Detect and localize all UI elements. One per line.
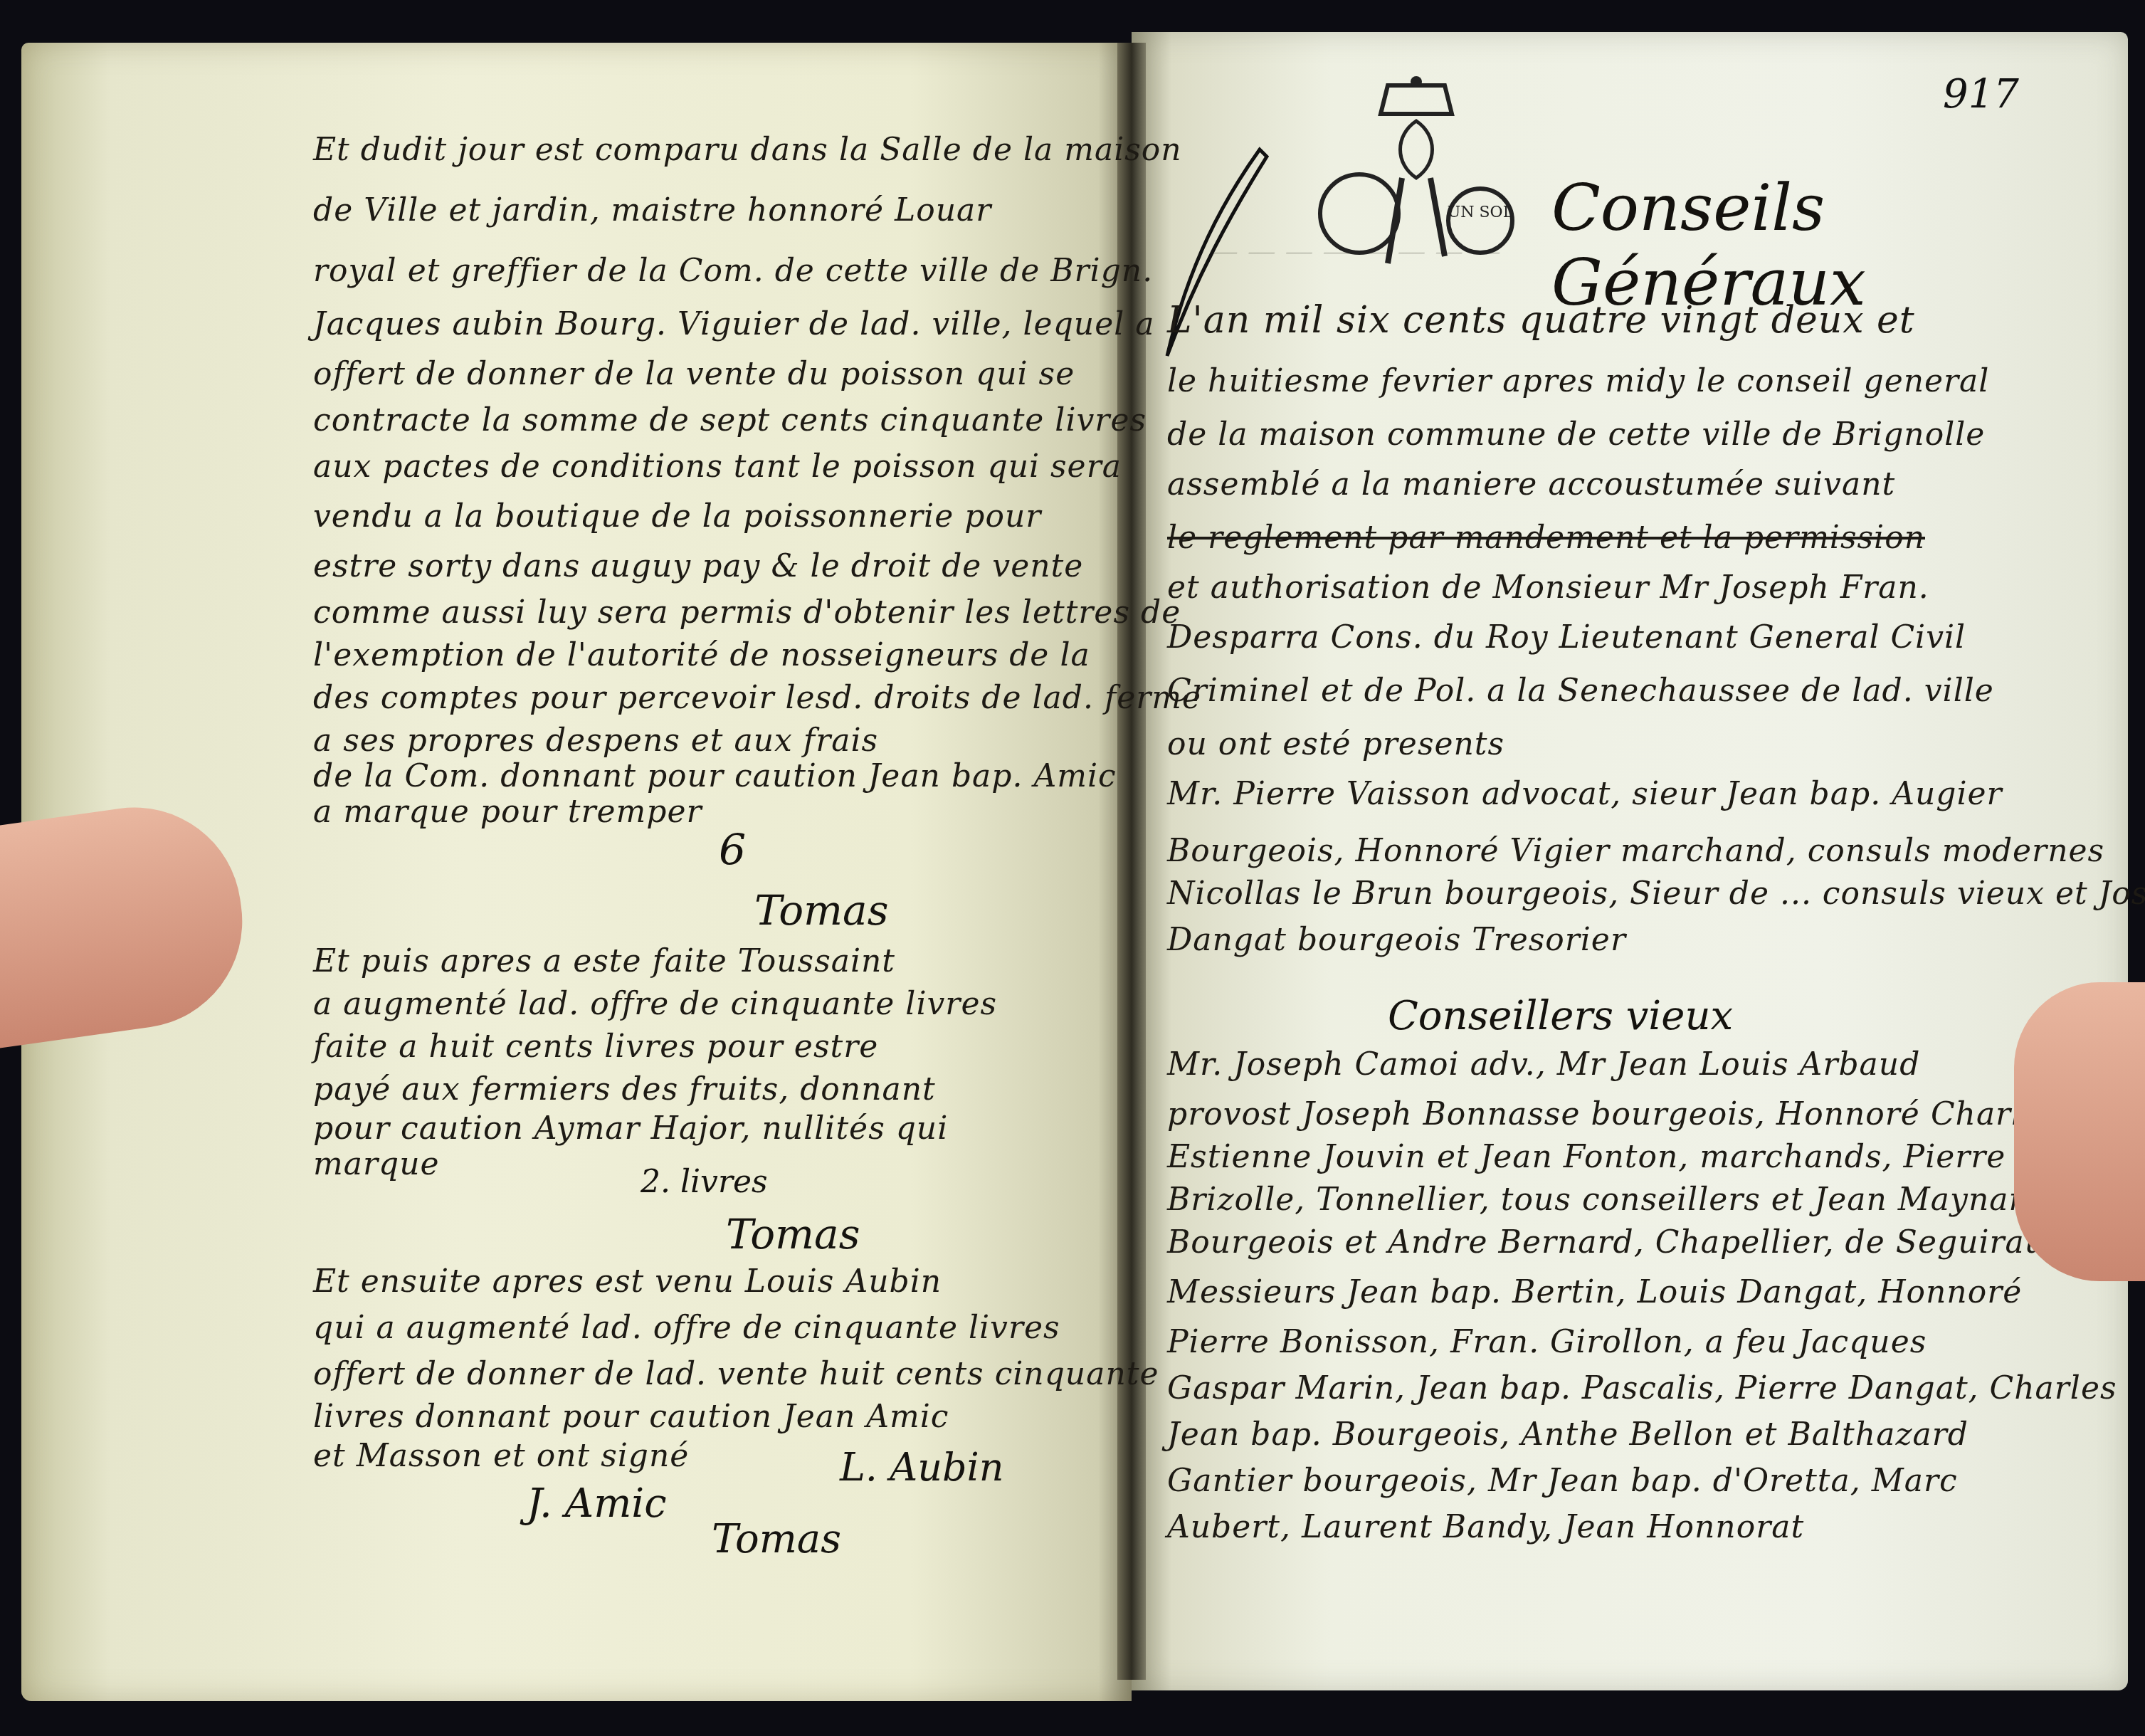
left-line: a marque pour tremper — [313, 794, 702, 830]
signature-tomas-1: Tomas — [754, 886, 888, 935]
councillor-line: Jean bap. Bourgeois, Anthe Bellon et Bal… — [1167, 1416, 1969, 1453]
left-line: faite a huit cents livres pour estre — [313, 1029, 878, 1065]
left-line: offert de donner de la vente du poisson … — [313, 356, 1075, 392]
left-line: contracte la somme de sept cents cinquan… — [313, 402, 1147, 438]
left-line: Et puis apres a este faite Toussaint — [313, 943, 895, 979]
open-manuscript-book: — — — — — — — — Et dudit jour est compar… — [0, 0, 2145, 1736]
left-line: l'exemption de l'autorité de nosseigneur… — [313, 637, 1090, 673]
left-line: a augmenté lad. offre de cinquante livre… — [313, 986, 997, 1022]
signature-tomas-3: Tomas — [712, 1516, 841, 1562]
right-thumb-holding-book — [2014, 982, 2145, 1281]
left-line: et Masson et ont signé — [313, 1438, 689, 1474]
right-line: et authorisation de Monsieur Mr Joseph F… — [1167, 569, 1929, 606]
councillor-line: Aubert, Laurent Bandy, Jean Honnorat — [1167, 1509, 1804, 1545]
signature-amic: J. Amic — [527, 1480, 667, 1527]
right-line: le huitiesme fevrier apres midy le conse… — [1167, 363, 1989, 399]
attendee-line: Nicollas le Brun bourgeois, Sieur de ...… — [1167, 875, 2145, 912]
right-line: assemblé a la maniere accoustumée suivan… — [1167, 466, 1895, 503]
right-line: Criminel et de Pol. a la Senechaussee de… — [1167, 673, 1994, 709]
councillor-line: Brizolle, Tonnellier, tous conseillers e… — [1167, 1182, 2045, 1218]
entry-amount-note: 2. livres — [641, 1164, 768, 1200]
councillor-line: Mr. Joseph Camoi adv., Mr Jean Louis Arb… — [1167, 1046, 1920, 1083]
councillor-line: Bourgeois et Andre Bernard, Chapellier, … — [1167, 1224, 2064, 1261]
stamp-text-un: UN SOL — [1448, 204, 1514, 221]
page-number: 917 — [1943, 71, 2019, 117]
royal-tax-stamp-icon: UN SOL — [1309, 71, 1523, 285]
left-line: marque — [313, 1146, 440, 1182]
right-line: Desparra Cons. du Roy Lieutenant General… — [1167, 619, 1966, 656]
councillor-line: Gaspar Marin, Jean bap. Pascalis, Pierre… — [1167, 1370, 2117, 1406]
left-line: royal et greffier de la Com. de cette vi… — [313, 253, 1153, 289]
councillor-line: Estienne Jouvin et Jean Fonton, marchand… — [1167, 1139, 2006, 1175]
signature-tomas-2: Tomas — [726, 1210, 860, 1258]
left-line: a ses propres despens et aux frais — [313, 722, 878, 759]
attendee-line: Bourgeois, Honnoré Vigier marchand, cons… — [1167, 833, 2104, 869]
right-line: L'an mil six cents quatre vingt deux et — [1167, 299, 1915, 342]
left-line: offert de donner de lad. vente huit cent… — [313, 1356, 1159, 1392]
right-line: le reglement par mandement et la permiss… — [1167, 520, 1925, 556]
left-line: livres donnant pour caution Jean Amic — [313, 1399, 949, 1435]
sub-heading-conseillers-vieux: Conseillers vieux — [1388, 993, 1733, 1039]
section-heading-conseils: Conseils Généraux — [1551, 171, 2145, 320]
signature-aubin: L. Aubin — [840, 1445, 1004, 1490]
right-line: de la maison commune de cette ville de B… — [1167, 416, 1985, 453]
left-line: vendu a la boutique de la poissonnerie p… — [313, 498, 1041, 535]
left-line: payé aux fermiers des fruits, donnant — [313, 1071, 936, 1108]
councillor-line: Messieurs Jean bap. Bertin, Louis Dangat… — [1167, 1274, 2022, 1310]
left-line: aux pactes de conditions tant le poisson… — [313, 448, 1122, 485]
left-line: qui a augmenté lad. offre de cinquante l… — [313, 1310, 1060, 1346]
section-marker: 6 — [719, 826, 746, 875]
left-line: de la Com. donnant pour caution Jean bap… — [313, 758, 1117, 794]
councillor-line: Pierre Bonisson, Fran. Girollon, a feu J… — [1167, 1324, 1927, 1360]
left-line: de Ville et jardin, maistre honnoré Loua… — [313, 192, 991, 228]
left-line: Et dudit jour est comparu dans la Salle … — [313, 132, 1182, 168]
left-line: comme aussi luy sera permis d'obtenir le… — [313, 594, 1181, 631]
left-line: des comptes pour percevoir lesd. droits … — [313, 680, 1201, 716]
attendee-line: Dangat bourgeois Tresorier — [1167, 922, 1626, 958]
left-line: estre sorty dans auguy pay & le droit de… — [313, 548, 1083, 584]
councillor-line: Gantier bourgeois, Mr Jean bap. d'Oretta… — [1167, 1463, 1958, 1499]
attendee-line: Mr. Pierre Vaisson advocat, sieur Jean b… — [1167, 776, 2003, 812]
right-line: ou ont esté presents — [1167, 726, 1504, 762]
left-line: Jacques aubin Bourg. Viguier de lad. vil… — [313, 306, 1154, 342]
left-line: pour caution Aymar Hajor, nullités qui — [313, 1110, 948, 1147]
left-line: Et ensuite apres est venu Louis Aubin — [313, 1263, 942, 1300]
councillor-line: provost Joseph Bonnasse bourgeois, Honno… — [1167, 1096, 2058, 1132]
